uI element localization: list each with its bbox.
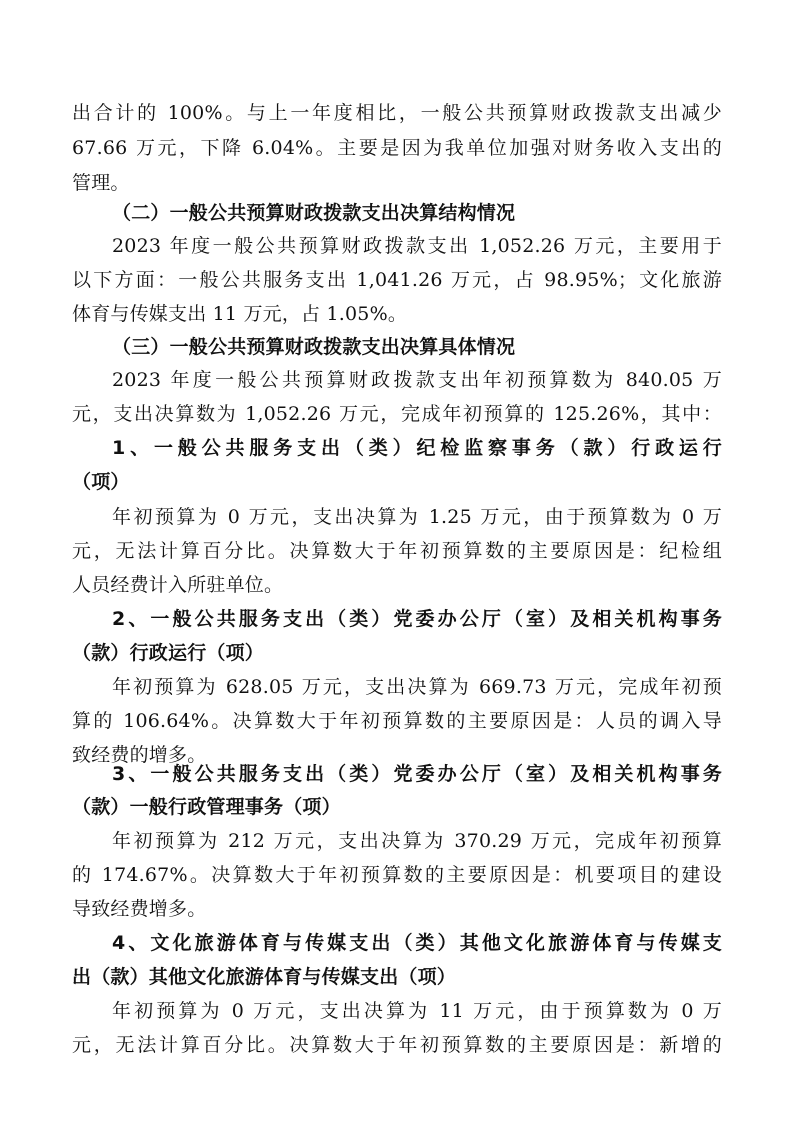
paragraph-line: 元，无法计算百分比。决算数大于年初预算数的主要原因是：新增的 xyxy=(72,1033,722,1057)
paragraph-line: 算的 106.64%。决算数大于年初预算数的主要原因是：人员的调入导 xyxy=(72,709,722,733)
item-heading-3-cont: （款）一般行政管理事务（项） xyxy=(72,795,722,819)
paragraph-line: 出合计的 100%。与上一年度相比，一般公共预算财政拨款支出减少 xyxy=(72,101,722,125)
paragraph-line: 年初预算为 212 万元，支出决算为 370.29 万元，完成年初预算 xyxy=(112,829,722,853)
item-heading-1-cont: （项） xyxy=(72,470,722,494)
paragraph-line: 67.66 万元，下降 6.04%。主要是因为我单位加强对财务收入支出的 xyxy=(72,136,722,160)
paragraph-line: 导致经费增多。 xyxy=(72,897,722,921)
paragraph-line: 以下方面：一般公共服务支出 1,041.26 万元，占 98.95%；文化旅游 xyxy=(72,268,722,292)
item-heading-2-cont: （款）行政运行（项） xyxy=(72,641,722,665)
item-heading-4: 4、文化旅游体育与传媒支出（类）其他文化旅游体育与传媒支 xyxy=(112,931,722,955)
paragraph-line: 年初预算为 628.05 万元，支出决算为 669.73 万元，完成年初预 xyxy=(112,675,722,699)
document-page: 出合计的 100%。与上一年度相比，一般公共预算财政拨款支出减少 67.66 万… xyxy=(0,0,793,1122)
paragraph-line: 年初预算为 0 万元，支出决算为 1.25 万元，由于预算数为 0 万 xyxy=(112,505,722,529)
paragraph-line: 的 174.67%。决算数大于年初预算数的主要原因是：机要项目的建设 xyxy=(72,863,722,887)
item-heading-1: 1、一般公共服务支出（类）纪检监察事务（款）行政运行 xyxy=(112,436,722,460)
paragraph-line: 人员经费计入所驻单位。 xyxy=(72,573,722,597)
item-heading-4-cont: 出（款）其他文化旅游体育与传媒支出（项） xyxy=(72,965,722,989)
paragraph-line: 管理。 xyxy=(72,171,722,195)
section-heading-structure: （二）一般公共预算财政拨款支出决算结构情况 xyxy=(112,201,515,225)
item-heading-2: 2、一般公共服务支出（类）党委办公厅（室）及相关机构事务 xyxy=(112,607,722,631)
section-heading-details: （三）一般公共预算财政拨款支出决算具体情况 xyxy=(112,335,515,359)
paragraph-line: 2023 年度一般公共预算财政拨款支出 1,052.26 万元，主要用于 xyxy=(112,234,722,258)
paragraph-line: 元，无法计算百分比。决算数大于年初预算数的主要原因是：纪检组 xyxy=(72,539,722,563)
item-heading-3: 3、一般公共服务支出（类）党委办公厅（室）及相关机构事务 xyxy=(112,762,722,786)
paragraph-line: 元，支出决算数为 1,052.26 万元，完成年初预算的 125.26%，其中： xyxy=(72,402,722,426)
paragraph-line: 体育与传媒支出 11 万元，占 1.05%。 xyxy=(72,302,722,326)
paragraph-line: 年初预算为 0 万元，支出决算为 11 万元，由于预算数为 0 万 xyxy=(112,999,722,1023)
paragraph-line: 2023 年度一般公共预算财政拨款支出年初预算数为 840.05 万 xyxy=(112,368,722,392)
